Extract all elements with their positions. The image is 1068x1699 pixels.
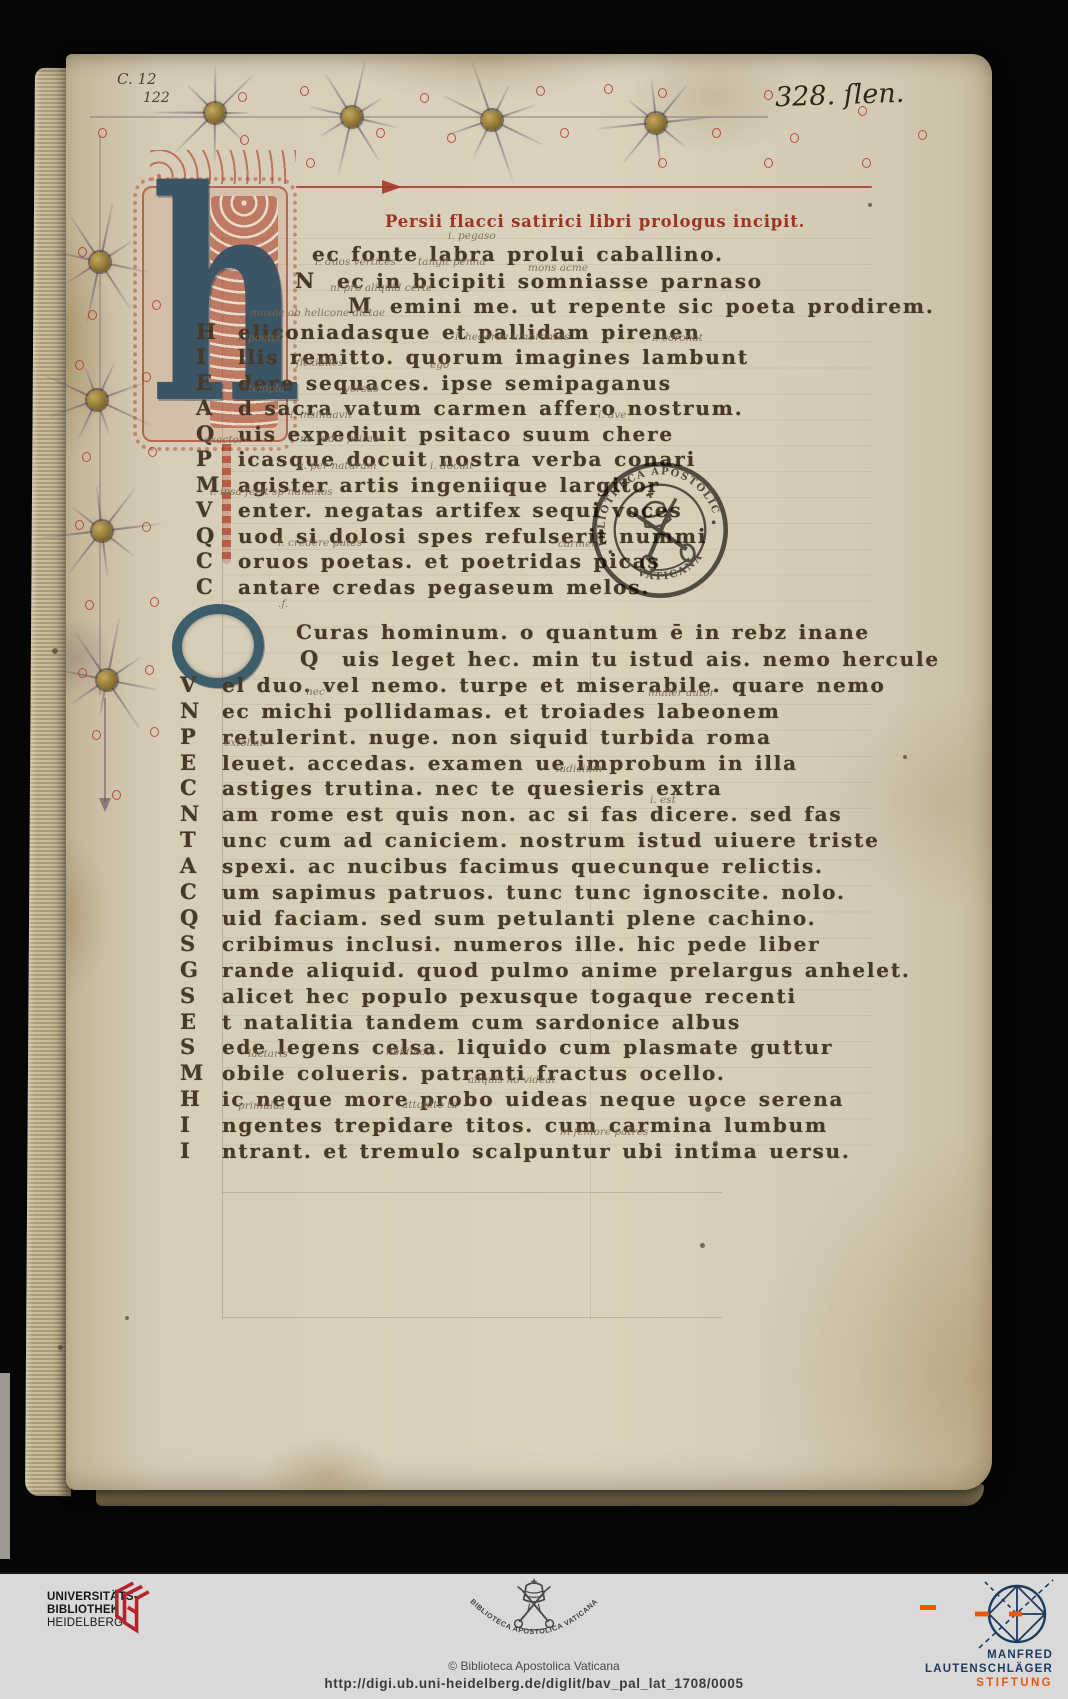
red-penwork-dot xyxy=(918,130,927,140)
interlinear-gloss: versus xyxy=(344,383,379,395)
bav-keys-tiara-icon xyxy=(515,1579,554,1630)
satire-line: Nam rome est quis non. ac si fas dicere.… xyxy=(180,801,842,826)
versal-letter: I xyxy=(180,1138,222,1163)
red-penwork-dot xyxy=(150,597,159,607)
interlinear-gloss: i. duos vertices xyxy=(315,256,396,268)
verse-text: alicet hec populo pexusque togaque recen… xyxy=(222,984,797,1008)
mls-orange-dash xyxy=(920,1605,936,1610)
red-penwork-dot xyxy=(88,310,97,320)
verse-text: spexi. ac nucibus facimus quecunque reli… xyxy=(222,854,824,878)
interlinear-gloss: i. ipsa fecit sp nummos xyxy=(210,486,333,498)
versal-letter: T xyxy=(180,827,222,852)
penwork-pendant xyxy=(104,698,106,802)
versal-letter: E xyxy=(180,750,222,775)
versal-letter: N xyxy=(180,698,222,723)
versal-letter: V xyxy=(196,497,238,522)
versal-letter: Q xyxy=(180,905,222,930)
interlinear-gloss: .f. xyxy=(278,598,288,610)
versal-letter: H xyxy=(196,319,238,344)
verse-text: emini me. ut repente sic poeta prodirem. xyxy=(390,294,935,318)
mls-line1: MANFRED xyxy=(925,1648,1053,1662)
interlinear-gloss: primulas xyxy=(238,1100,285,1112)
verse-text: leuet. accedas. examen ue improbum in il… xyxy=(222,751,798,775)
penwork-chain-horizontal xyxy=(90,116,768,118)
stamp-tiara-icon xyxy=(637,489,671,529)
parchment-speck xyxy=(903,755,907,759)
satire-line: Quid faciam. sed sum petulanti plene cac… xyxy=(180,905,816,930)
interlinear-gloss: mulier autor xyxy=(648,687,715,699)
gold-bezant-icon xyxy=(97,670,117,690)
satire-line: Cum sapimus patruos. tunc tunc ignoscite… xyxy=(180,879,846,904)
red-penwork-dot xyxy=(764,158,773,168)
verse-text: rande aliquid. quod pulmo anime prelargu… xyxy=(222,958,911,982)
gold-bezant-icon xyxy=(90,252,110,272)
satire-line: Vel duo. vel nemo. turpe et miserabile. … xyxy=(180,672,886,697)
red-penwork-dot xyxy=(862,158,871,168)
verse-text: astiges trutina. nec te quesieris extra xyxy=(222,776,723,800)
manuscript-scan: C. 12 122 328. ſlen. h Persii flacci sat… xyxy=(0,0,1068,1572)
versal-letter: E xyxy=(196,370,238,395)
satire-line: Intrant. et tremulo scalpuntur ubi intim… xyxy=(180,1138,851,1163)
prologue-line: Quis expediuit psitaco suum chere xyxy=(196,421,674,446)
verse-text: ic neque more probo uideas neque uoce se… xyxy=(222,1087,844,1111)
satire-line: Aspexi. ac nucibus facimus quecunque rel… xyxy=(180,853,824,878)
red-penwork-dot xyxy=(85,600,94,610)
satire-line: Quis leget hec. min tu istud ais. nemo h… xyxy=(300,646,940,671)
mls-wordmark: MANFRED LAUTENSCHLÄGER STIFTUNG xyxy=(925,1648,1053,1690)
red-penwork-dot xyxy=(300,86,309,96)
interlinear-gloss: templa xyxy=(248,383,285,395)
red-penwork-dot xyxy=(82,452,91,462)
verse-text: uis leget hec. min tu istud ais. nemo he… xyxy=(342,647,940,671)
versal-letter: P xyxy=(196,446,238,471)
red-penwork-dot xyxy=(75,360,84,370)
red-penwork-dot xyxy=(604,84,613,94)
verse-text: uid faciam. sed sum petulanti plene cach… xyxy=(222,906,816,930)
gold-bezant-icon xyxy=(646,113,666,133)
ruling-horizontal xyxy=(222,1192,722,1193)
red-penwork-dot xyxy=(658,88,667,98)
shelf-mark: C. 12 xyxy=(117,70,157,88)
versal-letter: Q xyxy=(196,523,238,548)
interlinear-gloss: exactor xyxy=(204,434,244,446)
mls-line2: LAUTENSCHLÄGER xyxy=(925,1662,1053,1676)
interlinear-gloss: extollat xyxy=(224,737,264,749)
interlinear-gloss: aliquis no videat xyxy=(468,1074,556,1086)
interlinear-gloss: in femore patres xyxy=(560,1126,648,1138)
red-penwork-dot xyxy=(764,90,773,100)
satire-line: Salicet hec populo pexusque togaque rece… xyxy=(180,983,797,1008)
ruling-horizontal xyxy=(222,1317,722,1318)
interlinear-gloss: attonito ta xyxy=(402,1099,458,1111)
red-penwork-arrow xyxy=(382,180,402,194)
shelf-mark: 122 xyxy=(143,90,170,106)
interlinear-gloss: i. coronat xyxy=(652,332,703,344)
interlinear-gloss: nec xyxy=(306,686,325,698)
red-penwork-dot xyxy=(92,730,101,740)
gold-bezant-icon xyxy=(87,390,107,410)
interlinear-gloss: i. est xyxy=(650,794,676,806)
interlinear-gloss: ego xyxy=(430,359,449,371)
interlinear-gloss: i. poetis xyxy=(238,332,280,344)
red-penwork-dot xyxy=(75,520,84,530)
verse-text: ngentes trepidare titos. cum carmina lum… xyxy=(222,1113,828,1137)
red-penwork-dot xyxy=(78,247,87,257)
verse-text: ede legens celsa. liquido cum plasmate g… xyxy=(222,1035,833,1059)
versal-letter: C xyxy=(180,775,222,800)
interlinear-gloss: i. ave xyxy=(598,409,626,421)
red-penwork-dot xyxy=(112,790,121,800)
versal-letter: G xyxy=(180,957,222,982)
gold-bezant-icon xyxy=(342,107,362,127)
bav-logo: BIBLIOTECA APOSTOLICA VATICANA xyxy=(464,1577,604,1664)
ub-heidelberg-book-icon xyxy=(108,1579,152,1646)
verse-text: retulerint. nuge. non siquid turbida rom… xyxy=(222,725,772,749)
satire-line: Nec michi pollidamas. et troiades labeon… xyxy=(180,698,781,723)
red-penwork-dot xyxy=(376,128,385,138)
satire-line: Eleuet. accedas. examen ue improbum in i… xyxy=(180,750,798,775)
versal-letter: A xyxy=(196,395,238,420)
prologue-line: Memini me. ut repente sic poeta prodirem… xyxy=(348,293,935,318)
penwork-chain-vertical xyxy=(99,135,101,695)
verse-text: am rome est quis non. ac si fas dicere. … xyxy=(222,802,842,826)
versal-letter: P xyxy=(180,724,222,749)
satire-line: Pretulerint. nuge. non siquid turbida ro… xyxy=(180,724,772,749)
footer-bar: UNIVERSITÄTS- BIBLIOTHEK HEIDELBERG xyxy=(0,1572,1068,1699)
parchment-speck xyxy=(868,203,872,207)
red-penwork-dot xyxy=(145,665,154,675)
verse-text: ntrant. et tremulo scalpuntur ubi intima… xyxy=(222,1139,851,1163)
interlinear-gloss: mons acme xyxy=(528,262,588,274)
foliation-number: 328. ſlen. xyxy=(774,78,904,113)
red-penwork-dot xyxy=(142,522,151,532)
interlinear-gloss: lactaris xyxy=(248,1048,288,1060)
parchment-speck xyxy=(700,1243,705,1248)
interlinear-gloss: i. hederae umbrantes xyxy=(455,331,569,343)
red-penwork-dot xyxy=(238,92,247,102)
satire-line: Curas hominum. o quantum ē in rebz inane xyxy=(296,620,870,644)
interlinear-gloss: i. docuit xyxy=(430,460,473,472)
versal-letter: C xyxy=(196,548,238,573)
versal-letter: V xyxy=(180,672,222,697)
verse-text: t natalitia tandem cum sardonice albus xyxy=(222,1010,741,1034)
interlinear-gloss: musae ab helicone dictae xyxy=(250,307,385,319)
red-penwork-dot xyxy=(712,128,721,138)
versal-letter: C xyxy=(180,879,222,904)
interlinear-gloss: flexibiles xyxy=(296,357,344,369)
versal-letter: S xyxy=(180,1034,222,1059)
verse-text: cribimus inclusi. numeros ille. hic pede… xyxy=(222,932,820,956)
versal-letter: I xyxy=(196,344,238,369)
gold-bezant-icon xyxy=(482,110,502,130)
red-penwork-dot xyxy=(658,158,667,168)
versal-letter: H xyxy=(180,1086,222,1111)
interlinear-gloss: i. pegaso xyxy=(448,230,496,242)
satire-line: Tunc cum ad caniciem. nostrum istud uiue… xyxy=(180,827,880,852)
verse-text: unc cum ad caniciem. nostrum istud uiuer… xyxy=(222,828,880,852)
interlinear-gloss: ni pro aliquid certe xyxy=(330,282,432,294)
versal-letter: M xyxy=(180,1060,222,1085)
copyright-notice: © Biblioteca Apostolica Vaticana xyxy=(0,1659,1068,1673)
red-penwork-dot xyxy=(447,133,456,143)
versal-letter: I xyxy=(180,1112,222,1137)
red-penwork-dot xyxy=(306,158,315,168)
versal-letter: A xyxy=(180,853,222,878)
interlinear-gloss: iudicium xyxy=(556,763,602,775)
versal-letter: S xyxy=(180,983,222,1008)
interlinear-gloss: i. insinuavit xyxy=(290,409,352,421)
red-penwork-dot xyxy=(790,133,799,143)
red-penwork-dot xyxy=(98,128,107,138)
gold-bezant-icon xyxy=(205,103,225,123)
prologue-line: Illis remitto. quorum imagines lambunt xyxy=(196,344,749,369)
interlinear-gloss: ne rudis psitae xyxy=(300,433,379,445)
prologue-line: Cantare credas pegaseum melos. xyxy=(196,574,650,599)
satire-line: Grande aliquid. quod pulmo anime prelarg… xyxy=(180,957,911,982)
verse-text: ec michi pollidamas. et troiades labeone… xyxy=(222,699,781,723)
interlinear-gloss: i. credere putes xyxy=(278,537,362,549)
versal-letter: N xyxy=(180,801,222,826)
mls-line3: STIFTUNG xyxy=(925,1676,1053,1690)
interlinear-gloss: tangit penna xyxy=(418,256,486,268)
mls-compass-logo xyxy=(973,1576,1059,1657)
parchment-speck xyxy=(125,1316,129,1320)
gold-bezant-icon xyxy=(92,521,112,541)
manuscript-content: C. 12 122 328. ſlen. h Persii flacci sat… xyxy=(0,0,1068,1572)
parchment-speck xyxy=(52,648,58,654)
versal-letter: E xyxy=(180,1009,222,1034)
versal-letter: S xyxy=(180,931,222,956)
red-penwork-dot xyxy=(536,86,545,96)
verse-text: Curas hominum. o quantum ē in rebz inane xyxy=(296,620,870,644)
rubric-title: Persii flacci satirici libri prologus in… xyxy=(385,212,805,231)
red-penwork-dot xyxy=(560,128,569,138)
verse-text: um sapimus patruos. tunc tunc ignoscite.… xyxy=(222,880,846,904)
versal-letter: Q xyxy=(300,646,342,671)
verse-text: dere sequaces. ipse semipaganus xyxy=(238,371,672,395)
parchment-speck xyxy=(58,1345,63,1350)
source-url: http://digi.ub.uni-heidelberg.de/diglit/… xyxy=(0,1676,1068,1691)
satire-line: Scribimus inclusi. numeros ille. hic ped… xyxy=(180,931,820,956)
red-penwork-dot xyxy=(420,93,429,103)
prologue-line: Ad sacra vatum carmen affero nostrum. xyxy=(196,395,743,420)
verse-text: antare credas pegaseum melos. xyxy=(238,575,650,599)
interlinear-gloss: libidinosi xyxy=(386,1046,435,1058)
versal-letter: C xyxy=(196,574,238,599)
red-penwork-dot xyxy=(78,668,87,678)
satire-line: Mobile colueris. patranti fractus ocello… xyxy=(180,1060,726,1085)
satire-line: Ingentes trepidare titos. cum carmina lu… xyxy=(180,1112,828,1137)
red-penwork-dot xyxy=(150,727,159,737)
satire-line: Et natalitia tandem cum sardonice albus xyxy=(180,1009,741,1034)
interlinear-gloss: s. per naturam xyxy=(298,460,377,472)
satire-line: Castiges trutina. nec te quesieris extra xyxy=(180,775,723,800)
